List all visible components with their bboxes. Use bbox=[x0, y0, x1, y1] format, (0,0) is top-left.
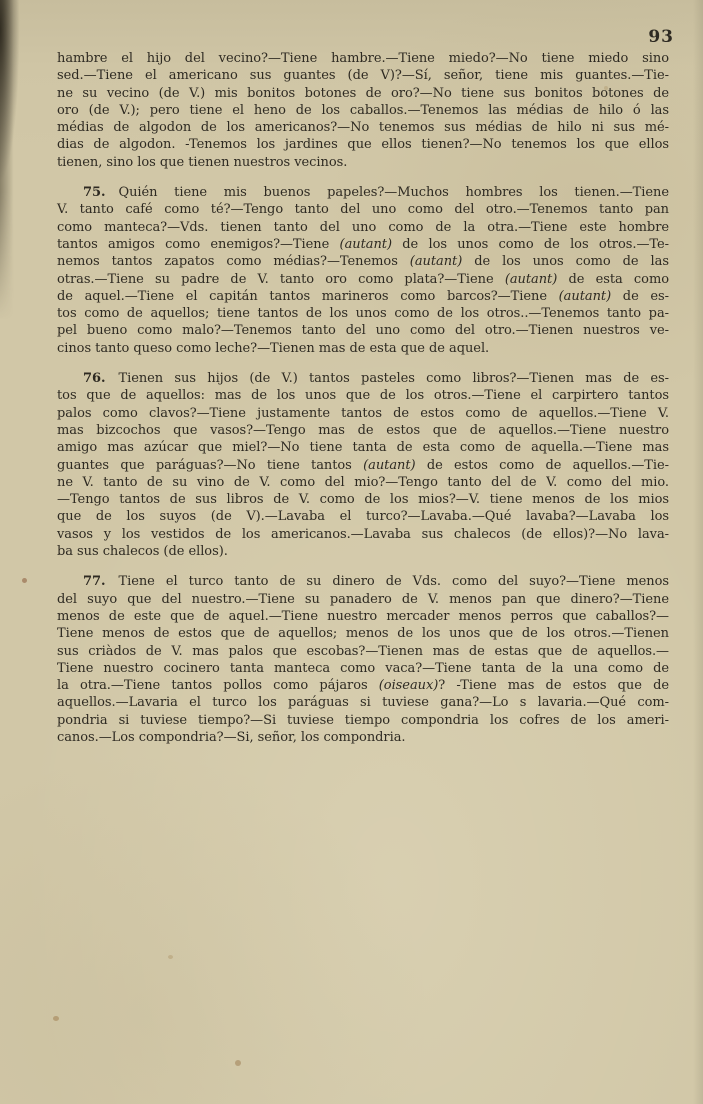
text-line: menos de este que de aquel.—Tiene nuestr… bbox=[57, 608, 669, 625]
text-line: 77.Tiene el turco tanto de su dinero de … bbox=[57, 573, 669, 590]
paper-stain bbox=[53, 1016, 59, 1021]
text-line: 76.Tienen sus hijos (de V.) tantos paste… bbox=[57, 370, 669, 387]
italic-term: (autant) bbox=[559, 289, 611, 304]
text-line: hambre el hijo del vecino?—Tiene hambre.… bbox=[57, 50, 669, 67]
italic-term: (oiseaux) bbox=[379, 678, 439, 693]
continuation-paragraph: hambre el hijo del vecino?—Tiene hambre.… bbox=[57, 50, 669, 171]
text-line: nemos tantos zapatos como médias?—Tenemo… bbox=[57, 253, 669, 270]
text-line: médias de algodon de los americanos?—No … bbox=[57, 119, 669, 136]
text-line: del suyo que del nuestro.—Tiene su panad… bbox=[57, 591, 669, 608]
paper-stain bbox=[235, 1060, 241, 1066]
paragraph-number: 77. bbox=[83, 574, 105, 589]
text-line: otras.—Tiene su padre de V. tanto oro co… bbox=[57, 271, 669, 288]
italic-term: (autant) bbox=[340, 237, 392, 252]
scan-edge-shadow-right bbox=[693, 0, 703, 1104]
exercise-paragraph: 77.Tiene el turco tanto de su dinero de … bbox=[57, 573, 669, 746]
text-line: ba sus chalecos (de ellos). bbox=[57, 543, 669, 560]
paper-stain bbox=[22, 578, 27, 583]
text-line: la otra.—Tiene tantos pollos como pájaro… bbox=[57, 677, 669, 694]
text-line: pel bueno como malo?—Tenemos tanto del u… bbox=[57, 322, 669, 339]
text-line: ne su vecino (de V.) mis bonitos botones… bbox=[57, 85, 669, 102]
text-line: que de los suyos (de V).—Lavaba el turco… bbox=[57, 508, 669, 525]
text-line: cinos tanto queso como leche?—Tienen mas… bbox=[57, 340, 669, 357]
text-line: como manteca?—Vds. tienen tanto del uno … bbox=[57, 219, 669, 236]
text-line: tantos amigos como enemigos?—Tiene (auta… bbox=[57, 236, 669, 253]
text-line: 75.Quién tiene mis buenos papeles?—Mucho… bbox=[57, 184, 669, 201]
italic-term: (autant) bbox=[410, 254, 462, 269]
paper-stain bbox=[168, 955, 173, 959]
text-line: ne V. tanto de su vino de V. como del mi… bbox=[57, 474, 669, 491]
text-line: —Tengo tantos de sus libros de V. como d… bbox=[57, 491, 669, 508]
italic-term: (autant) bbox=[363, 458, 415, 473]
text-line: sus criàdos de V. mas palos que escobas?… bbox=[57, 643, 669, 660]
text-line: sed.—Tiene el americano sus guantes (de … bbox=[57, 67, 669, 84]
text-line: amigo mas azúcar que miel?—No tiene tant… bbox=[57, 439, 669, 456]
text-line: pondria si tuviese tiempo?—Si tuviese ti… bbox=[57, 712, 669, 729]
scan-edge-shadow bbox=[0, 0, 34, 320]
italic-term: (autant) bbox=[505, 272, 557, 287]
paragraph-number: 76. bbox=[83, 371, 105, 386]
text-line: vasos y los vestidos de los americanos.—… bbox=[57, 526, 669, 543]
text-line: palos como clavos?—Tiene justamente tant… bbox=[57, 405, 669, 422]
page-text: hambre el hijo del vecino?—Tiene hambre.… bbox=[57, 50, 669, 746]
text-line: de aquel.—Tiene el capitán tantos marine… bbox=[57, 288, 669, 305]
text-line: tienen, sino los que tienen nuestros vec… bbox=[57, 154, 669, 171]
scanned-book-page: 93 hambre el hijo del vecino?—Tiene hamb… bbox=[0, 0, 703, 1104]
text-line: aquellos.—Lavaria el turco los paráguas … bbox=[57, 694, 669, 711]
exercise-paragraph: 75.Quién tiene mis buenos papeles?—Mucho… bbox=[57, 184, 669, 357]
text-line: guantes que paráguas?—No tiene tantos (a… bbox=[57, 457, 669, 474]
text-line: Tiene menos de estos que de aquellos; me… bbox=[57, 625, 669, 642]
text-line: tos como de aquellos; tiene tantos de lo… bbox=[57, 305, 669, 322]
text-line: canos.—Los compondria?—Si, señor, los co… bbox=[57, 729, 669, 746]
text-line: dias de algodon. -Tenemos los jardines q… bbox=[57, 136, 669, 153]
text-line: V. tanto café como té?—Tengo tanto del u… bbox=[57, 201, 669, 218]
text-line: tos que de aquellos: mas de los unos que… bbox=[57, 387, 669, 404]
page-number: 93 bbox=[648, 27, 674, 47]
paragraph-number: 75. bbox=[83, 185, 105, 200]
exercise-paragraph: 76.Tienen sus hijos (de V.) tantos paste… bbox=[57, 370, 669, 560]
text-line: mas bizcochos que vasos?—Tengo mas de es… bbox=[57, 422, 669, 439]
text-line: Tiene nuestro cocinero tanta manteca com… bbox=[57, 660, 669, 677]
text-line: oro (de V.); pero tiene el heno de los c… bbox=[57, 102, 669, 119]
